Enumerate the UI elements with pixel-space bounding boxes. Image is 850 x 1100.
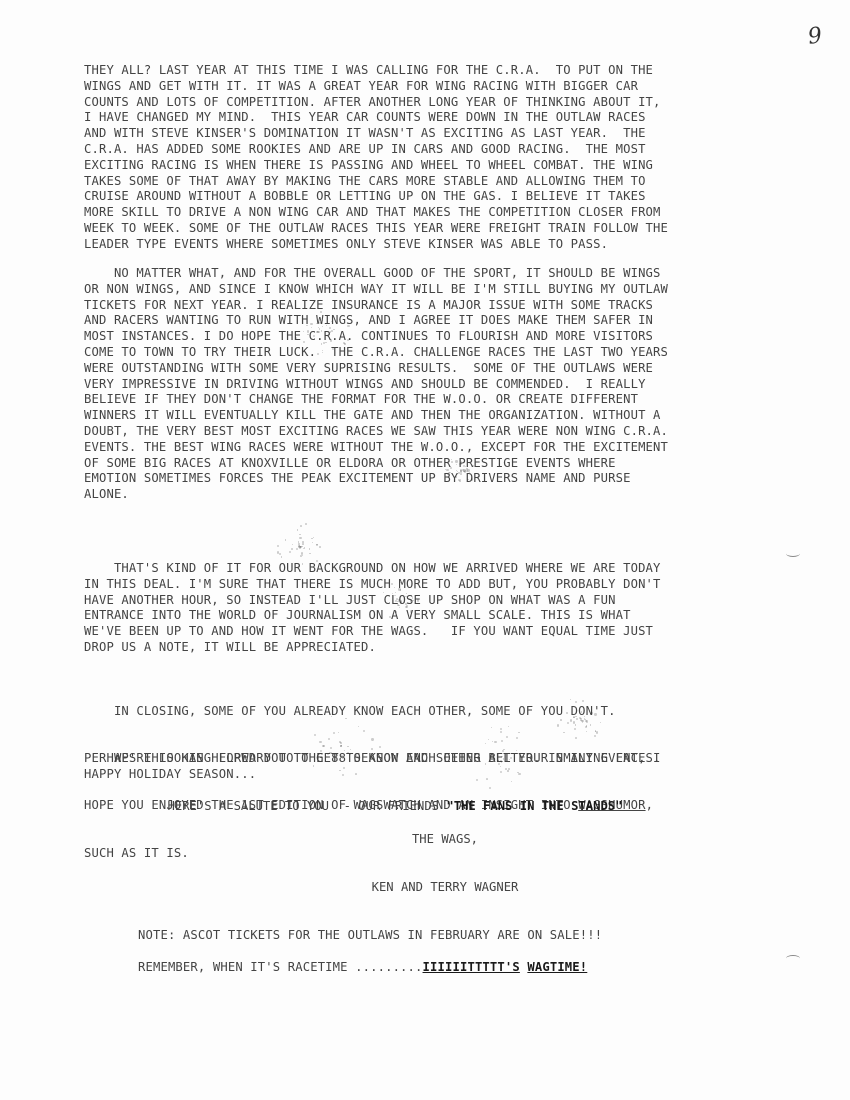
text-line: THAT'S KIND OF IT FOR OUR BACKGROUND ON …: [84, 561, 824, 577]
closing-line-1: IN CLOSING, SOME OF YOU ALREADY KNOW EAC…: [84, 704, 824, 720]
text-line: NO MATTER WHAT, AND FOR THE OVERALL GOOD…: [84, 266, 824, 282]
text-line: COUNTS AND LOTS OF COMPETITION. AFTER AN…: [84, 95, 824, 111]
text-line: MOST INSTANCES. I DO HOPE THE C.R.A. CON…: [84, 329, 824, 345]
text-line: DROP US A NOTE, IT WILL BE APPRECIATED.: [84, 640, 824, 656]
wagtime-bold: WAGTIME!: [527, 960, 587, 974]
text-line: BELIEVE IF THEY DON'T CHANGE THE FORMAT …: [84, 392, 824, 408]
signature: KEN AND TERRY WAGNER: [20, 880, 850, 894]
text-line: EVENTS. THE BEST WING RACES WERE WITHOUT…: [84, 440, 824, 456]
text-line: COME TO TOWN TO TRY THEIR LUCK. THE C.R.…: [84, 345, 824, 361]
text-line: I HAVE CHANGED MY MIND. THIS YEAR CAR CO…: [84, 110, 824, 126]
margin-mark: [786, 550, 800, 557]
text-line: TAKES SOME OF THAT AWAY BY MAKING THE CA…: [84, 174, 824, 190]
text-line: TICKETS FOR NEXT YEAR. I REALIZE INSURAN…: [84, 298, 824, 314]
text-line: VERY IMPRESSIVE IN DRIVING WITHOUT WINGS…: [84, 377, 824, 393]
text-line: IN THIS DEAL. I'M SURE THAT THERE IS MUC…: [84, 577, 824, 593]
text-line: LEADER TYPE EVENTS WHERE SOMETIMES ONLY …: [84, 237, 824, 253]
paragraph-looking-forward: WE'RE LOOKING FORWARD TO THE 88 SEASON A…: [84, 751, 824, 783]
salute-text: HERE'S A SALUTE TO YOU - OUR FRIENDS: [168, 799, 447, 813]
signoff: THE WAGS,: [20, 832, 850, 846]
remember-line: REMEMBER, WHEN IT'S RACETIME .........II…: [138, 960, 850, 976]
text-line: HAPPY HOLIDAY SEASON...: [84, 767, 824, 783]
ascot-note: NOTE: ASCOT TICKETS FOR THE OUTLAWS IN F…: [138, 928, 850, 944]
margin-mark: [786, 955, 800, 962]
salute-line: HERE'S A SALUTE TO YOU - OUR FRIENDS "TH…: [0, 799, 820, 813]
text-line: ENTRANCE INTO THE WORLD OF JOURNALISM ON…: [84, 608, 824, 624]
text-line: ALONE.: [84, 487, 824, 503]
text-line: C.R.A. HAS ADDED SOME ROOKIES AND ARE UP…: [84, 142, 824, 158]
paragraph-wings-last-year: THEY ALL? LAST YEAR AT THIS TIME I WAS C…: [84, 63, 824, 253]
fans-in-stands: "THE FANS IN THE STANDS": [446, 799, 622, 813]
text-line: AND RACERS WANTING TO RUN WITH WINGS, AN…: [84, 313, 824, 329]
paragraph-background: THAT'S KIND OF IT FOR OUR BACKGROUND ON …: [84, 561, 824, 656]
text-line: THEY ALL? LAST YEAR AT THIS TIME I WAS C…: [84, 63, 824, 79]
text-line: EMOTION SOMETIMES FORCES THE PEAK EXCITE…: [84, 471, 824, 487]
text-line: CRUISE AROUND WITHOUT A BOBBLE OR LETTIN…: [84, 189, 824, 205]
text-line: OR NON WINGS, AND SINCE I KNOW WHICH WAY…: [84, 282, 824, 298]
page-number: 9: [806, 23, 823, 50]
text-line: MORE SKILL TO DRIVE A NON WING CAR AND T…: [84, 205, 824, 221]
text-line: WERE OUTSTANDING WITH SOME VERY SUPRISIN…: [84, 361, 824, 377]
text-line: WE'RE LOOKING FORWARD TO THE 88 SEASON A…: [84, 751, 824, 767]
text-line: WEEK TO WEEK. SOME OF THE OUTLAW RACES T…: [84, 221, 824, 237]
its-bold: IIIIIITTTTT'S: [423, 960, 520, 974]
text-line: DOUBT, THE VERY BEST MOST EXCITING RACES…: [84, 424, 824, 440]
text-line: WINGS AND GET WITH IT. IT WAS A GREAT YE…: [84, 79, 824, 95]
text-line: HAVE ANOTHER HOUR, SO INSTEAD I'LL JUST …: [84, 593, 824, 609]
remember-text: REMEMBER, WHEN IT'S RACETIME .........: [138, 960, 423, 974]
text-line: AND WITH STEVE KINSER'S DOMINATION IT WA…: [84, 126, 824, 142]
text-line: WINNERS IT WILL EVENTUALLY KILL THE GATE…: [84, 408, 824, 424]
text-line: WE'VE BEEN UP TO AND HOW IT WENT FOR THE…: [84, 624, 824, 640]
text-line: OF SOME BIG RACES AT KNOXVILLE OR ELDORA…: [84, 456, 824, 472]
paragraph-no-matter-what: NO MATTER WHAT, AND FOR THE OVERALL GOOD…: [84, 266, 824, 503]
document-page: 9 THEY ALL? LAST YEAR AT THIS TIME I WAS…: [0, 0, 850, 1100]
text-line: EXCITING RACING IS WHEN THERE IS PASSING…: [84, 158, 824, 174]
closing-line-4: SUCH AS IT IS.: [84, 846, 824, 862]
